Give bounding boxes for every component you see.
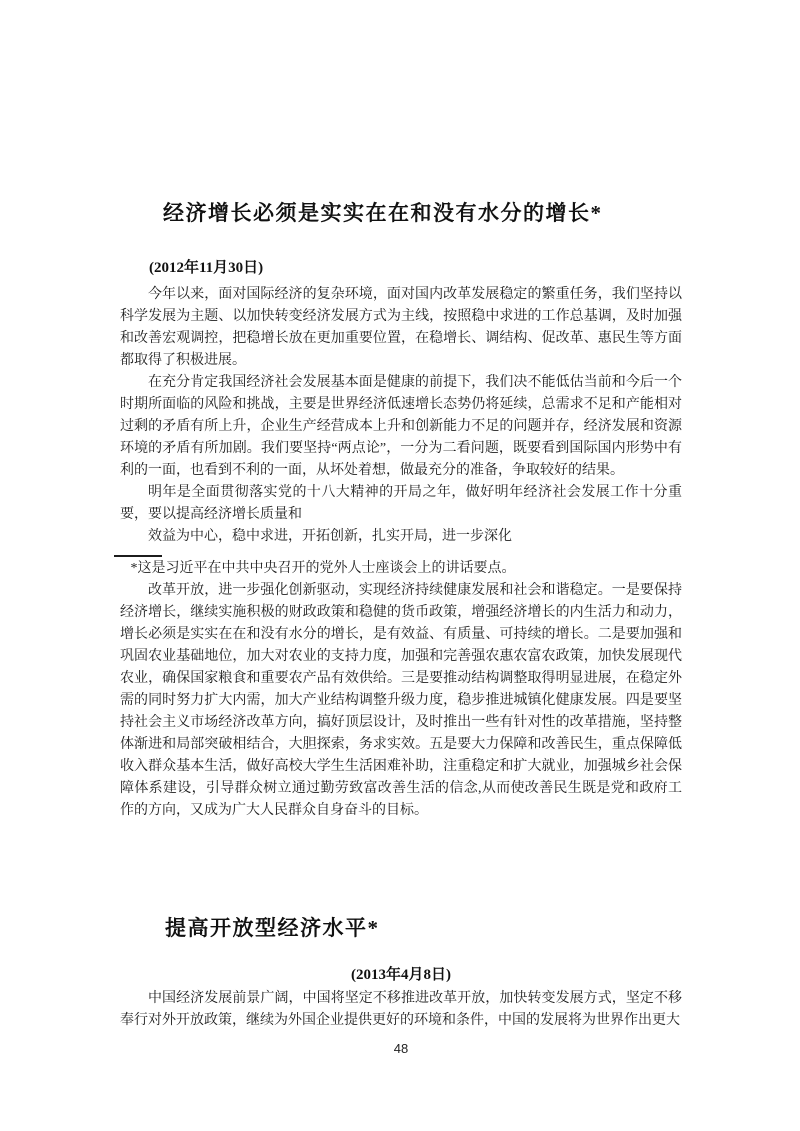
footnote-section: *这是习近平在中共中央召开的党外人士座谈会上的讲话要点。 改革开放，进一步强化创… [120, 555, 682, 822]
footnote-divider [114, 555, 162, 557]
article-1-title: 经济增长必须是实实在在和没有水分的增长* [120, 200, 682, 227]
article-2-date: (2013年4月8日) [120, 965, 682, 986]
article-1: 经济增长必须是实实在在和没有水分的增长* (2012年11月30日) 今年以来，… [120, 200, 682, 548]
article-2: 提高开放型经济水平* (2013年4月8日) 中国经济发展前景广阔，中国将坚定不… [120, 915, 682, 1032]
footnote-text: 改革开放，进一步强化创新驱动，实现经济持续健康发展和社会和谐稳定。一是要保持经济… [120, 580, 682, 822]
paragraph: 在充分肯定我国经济社会发展基本面是健康的前提下，我们决不能低估当前和今后一个时期… [120, 372, 682, 482]
paragraph: 效益为中心，稳中求进，开拓创新，扎实开局，进一步深化 [120, 526, 682, 548]
article-2-title: 提高开放型经济水平* [120, 915, 682, 942]
document-page: 经济增长必须是实实在在和没有水分的增长* (2012年11月30日) 今年以来，… [0, 0, 800, 1131]
paragraph: 中国经济发展前景广阔，中国将坚定不移推进改革开放，加快转变发展方式，坚定不移奉行… [120, 988, 682, 1032]
article-1-date: (2012年11月30日) [120, 258, 682, 279]
footnote-source-note: *这是习近平在中共中央召开的党外人士座谈会上的讲话要点。 [120, 558, 682, 580]
article-1-body: 今年以来，面对国际经济的复杂环境，面对国内改革发展稳定的繁重任务，我们坚持以科学… [120, 284, 682, 548]
article-2-body: 中国经济发展前景广阔，中国将坚定不移推进改革开放，加快转变发展方式，坚定不移奉行… [120, 988, 682, 1032]
page-number: 48 [120, 1041, 682, 1056]
paragraph: 明年是全面贯彻落实党的十八大精神的开局之年，做好明年经济社会发展工作十分重要，要… [120, 482, 682, 526]
paragraph: 今年以来，面对国际经济的复杂环境，面对国内改革发展稳定的繁重任务，我们坚持以科学… [120, 284, 682, 372]
